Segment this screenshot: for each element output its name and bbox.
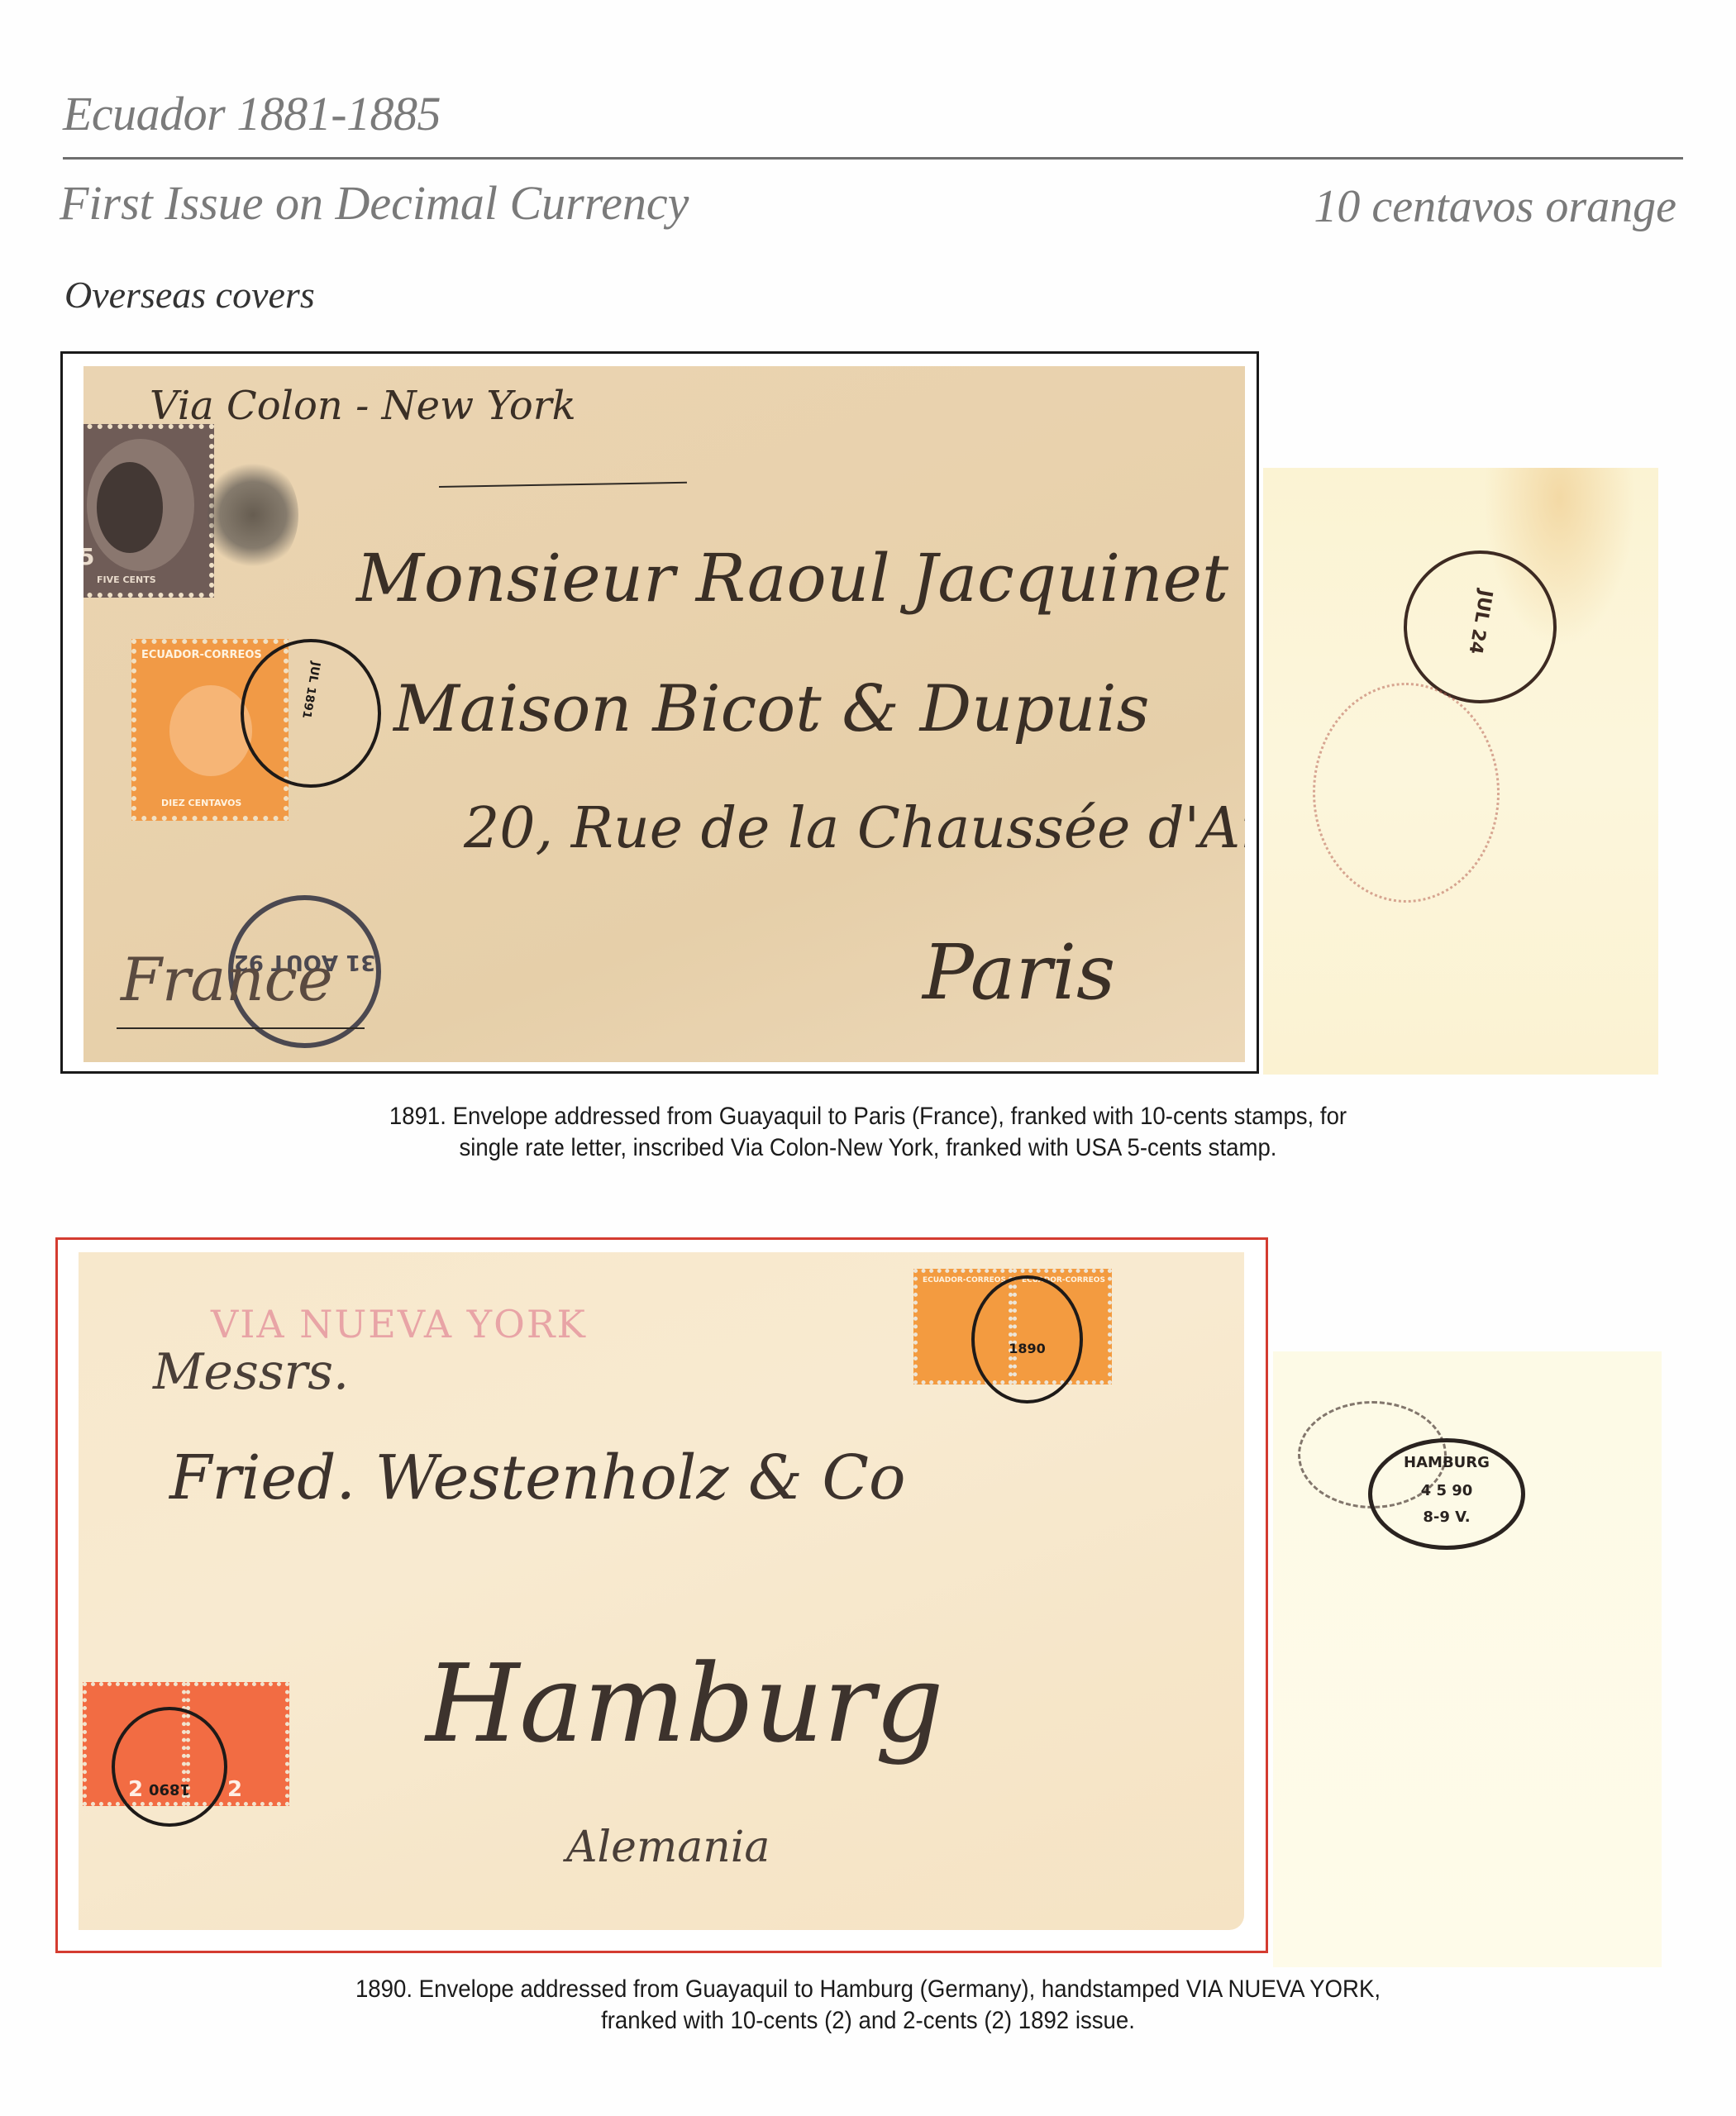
page-title: Ecuador 1881-1885 [63,86,441,141]
address-line-2: Fried. Westenholz & Co [169,1442,906,1513]
cover-1-frame: Via Colon - New York 5 FIVE CENTS ECUADO… [60,351,1259,1074]
header-divider [63,157,1683,160]
stamp-country: ECUADOR-CORREOS [141,649,262,661]
cover-2-frame: VIA NUEVA YORK ECUADOR-CORREOS ECUADOR-C… [55,1237,1268,1953]
address-line-1: Monsieur Raoul Jacquinet [356,540,1228,617]
cover-2-caption: 1890. Envelope addressed from Guayaquil … [69,1974,1667,2037]
underline [439,482,687,488]
ny-transit-postmark: JUL 24 [1404,550,1557,703]
cancel-ink [97,462,163,553]
stamp-value-title: 10 centavos orange [1314,180,1676,233]
address-line-2: Maison Bicot & Dupuis [393,672,1150,746]
address-city: Hamburg [426,1641,943,1766]
faint-red-postmark [1313,683,1500,903]
caption-line: 1890. Envelope addressed from Guayaquil … [69,1974,1667,2005]
guayaquil-postmark: 1890 [112,1707,227,1827]
address-line-3: 20, Rue de la Chaussée d'Antin [464,796,1245,861]
caption-line: single rate letter, inscribed Via Colon-… [69,1132,1667,1164]
stamp-value: 5 [83,543,94,570]
cover-1-caption: 1891. Envelope addressed from Guayaquil … [69,1101,1667,1164]
us-cancel-mark [207,457,298,573]
postmark-city: HAMBURG [1372,1454,1521,1471]
route-note: Via Colon - New York [150,383,576,429]
via-nueva-york-handstamp: VIA NUEVA YORK [211,1302,587,1346]
page-subtitle: First Issue on Decimal Currency [60,175,689,231]
guayaquil-postmark: JUL 1891 [241,639,381,788]
cover-1-envelope-back: JUL 24 [1263,468,1658,1075]
stamp-country: ECUADOR-CORREOS [923,1276,1006,1284]
guayaquil-postmark: 1890 [971,1275,1083,1404]
address-country: Alemania [566,1823,770,1872]
postmark-date: 4 5 90 [1372,1482,1521,1499]
postmark-date: 1890 [115,1780,224,1798]
country-note: France [121,945,333,1014]
address-city: Paris [923,928,1115,1017]
cover-2-envelope-back: HAMBURG 4 5 90 8-9 V. [1273,1351,1662,1967]
postmark-date: JUL 24 [1457,548,1503,696]
stamp-value: 2 [227,1777,242,1802]
postmark-time: 8-9 V. [1372,1508,1521,1526]
postmark-date: 1890 [975,1341,1080,1356]
underline [117,1027,365,1029]
stamp-label: DIEZ CENTAVOS [161,798,241,808]
coat-of-arms [169,685,252,776]
cover-2-envelope-front: VIA NUEVA YORK ECUADOR-CORREOS ECUADOR-C… [79,1252,1244,1930]
section-heading: Overseas covers [64,273,315,317]
stamp-label: FIVE CENTS [97,574,156,585]
hamburg-postmark: HAMBURG 4 5 90 8-9 V. [1368,1438,1525,1550]
postmark-date: JUL 1891 [293,623,329,757]
cover-1-envelope-front: Via Colon - New York 5 FIVE CENTS ECUADO… [83,366,1245,1062]
caption-line: 1891. Envelope addressed from Guayaquil … [69,1101,1667,1132]
caption-line: franked with 10-cents (2) and 2-cents (2… [69,2005,1667,2037]
us-5-cents-stamp: 5 FIVE CENTS [83,424,214,598]
address-line-1: Messrs. [153,1343,349,1401]
